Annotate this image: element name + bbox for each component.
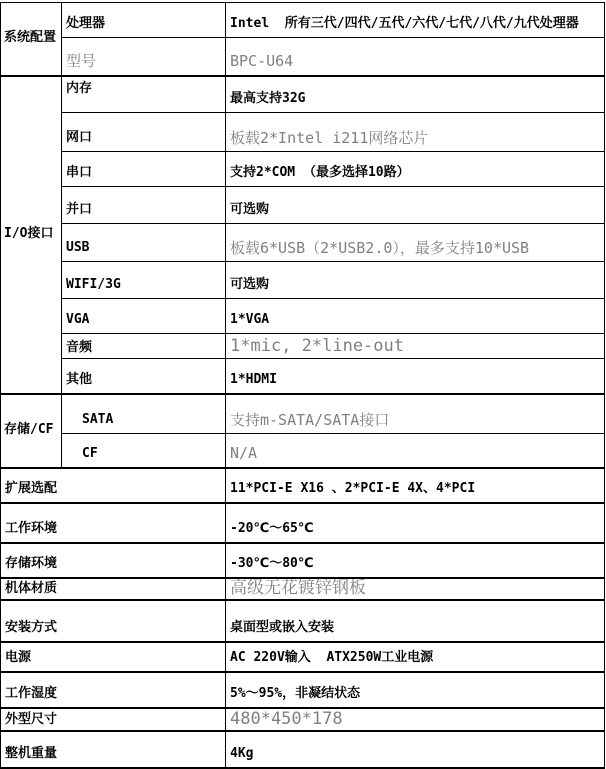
row-sata: 存储/CF SATA 支持m-SATA/SATA接口 [1, 394, 605, 434]
row-lan: 网口 板载2*Intel i211网络芯片 [1, 113, 605, 152]
label-cell: VGA [62, 299, 226, 334]
row-usb: USB 板载6*USB（2*USB2.0），最多支持10*USB [1, 224, 605, 262]
row-other: 其他 1*HDMI [1, 359, 605, 394]
row-mounting: 安装方式 桌面型或嵌入安装 [1, 600, 605, 642]
row-memory: I/O接口 内存 最高支持32G [1, 76, 605, 113]
row-vga: VGA 1*VGA [1, 299, 605, 334]
value-cell: 板载6*USB（2*USB2.0），最多支持10*USB [226, 224, 605, 262]
value-cell: N/A [226, 434, 605, 468]
row-cf: CF N/A [1, 434, 605, 468]
label-cell: 串口 [62, 152, 226, 187]
label-cell: 整机重量 [1, 731, 226, 768]
row-dimensions: 外型尺寸 480*450*178 [1, 708, 605, 731]
row-expansion: 扩展选配 11*PCI-E X16 、2*PCI-E 4X、4*PCI [1, 468, 605, 503]
label-cell: 扩展选配 [1, 468, 226, 503]
row-processor: 系统配置 处理器 Intel 所有三代/四代/五代/六代/七代/八代/九代处理器 [1, 3, 605, 38]
value-cell: 可选购 [226, 262, 605, 299]
value-cell: 5%～95%，非凝结状态 [226, 672, 605, 708]
value-cell: 480*450*178 [226, 708, 605, 731]
label-cell: 电源 [1, 642, 226, 672]
value-cell: 板载2*Intel i211网络芯片 [226, 113, 605, 152]
value-cell: 支持2*COM （最多选择10路） [226, 152, 605, 187]
value-cell: 4Kg [226, 731, 605, 768]
label-cell: 处理器 [62, 3, 226, 38]
category-system-config: 系统配置 [1, 3, 62, 76]
row-parallel: 并口 可选购 [1, 187, 605, 224]
label-cell: 网口 [62, 113, 226, 152]
value-cell: 最高支持32G [226, 76, 605, 113]
value-cell: Intel 所有三代/四代/五代/六代/七代/八代/九代处理器 [226, 3, 605, 38]
row-chassis-material: 机体材质 高级无花镀锌钢板 [1, 578, 605, 601]
label-cell: WIFI/3G [62, 262, 226, 299]
value-cell: 1*mic, 2*line-out [226, 334, 605, 359]
row-power: 电源 AC 220V输入 ATX250W工业电源 [1, 642, 605, 672]
label-cell: 机体材质 [1, 578, 226, 601]
label-cell: 其他 [62, 359, 226, 394]
label-cell: 内存 [62, 76, 226, 113]
value-cell: 11*PCI-E X16 、2*PCI-E 4X、4*PCI [226, 468, 605, 503]
label-cell: 型号 [62, 38, 226, 76]
row-storage-env: 存储环境 -30℃～80℃ [1, 543, 605, 578]
label-cell: CF [62, 434, 226, 468]
product-spec-table: 系统配置 处理器 Intel 所有三代/四代/五代/六代/七代/八代/九代处理器… [0, 2, 605, 769]
label-cell: 并口 [62, 187, 226, 224]
row-serial: 串口 支持2*COM （最多选择10路） [1, 152, 605, 187]
value-cell: 1*VGA [226, 299, 605, 334]
value-cell: 1*HDMI [226, 359, 605, 394]
label-cell: 安装方式 [1, 600, 226, 642]
row-weight: 整机重量 4Kg [1, 731, 605, 768]
value-cell: AC 220V输入 ATX250W工业电源 [226, 642, 605, 672]
label-cell: 外型尺寸 [1, 708, 226, 731]
value-cell: 可选购 [226, 187, 605, 224]
value-cell: BPC-U64 [226, 38, 605, 76]
value-cell: 桌面型或嵌入安装 [226, 600, 605, 642]
row-audio: 音频 1*mic, 2*line-out [1, 334, 605, 359]
label-cell: USB [62, 224, 226, 262]
category-io-ports: I/O接口 [1, 76, 62, 394]
label-cell: 工作湿度 [1, 672, 226, 708]
value-cell: -30℃～80℃ [226, 543, 605, 578]
row-model: 型号 BPC-U64 [1, 38, 605, 76]
value-cell: 高级无花镀锌钢板 [226, 578, 605, 601]
category-storage-cf: 存储/CF [1, 394, 62, 468]
value-cell: -20℃～65℃ [226, 503, 605, 543]
label-cell: 存储环境 [1, 543, 226, 578]
label-cell: SATA [62, 394, 226, 434]
label-cell: 工作环境 [1, 503, 226, 543]
row-wifi-3g: WIFI/3G 可选购 [1, 262, 605, 299]
row-humidity: 工作湿度 5%～95%，非凝结状态 [1, 672, 605, 708]
value-cell: 支持m-SATA/SATA接口 [226, 394, 605, 434]
label-cell: 音频 [62, 334, 226, 359]
row-operating-env: 工作环境 -20℃～65℃ [1, 503, 605, 543]
